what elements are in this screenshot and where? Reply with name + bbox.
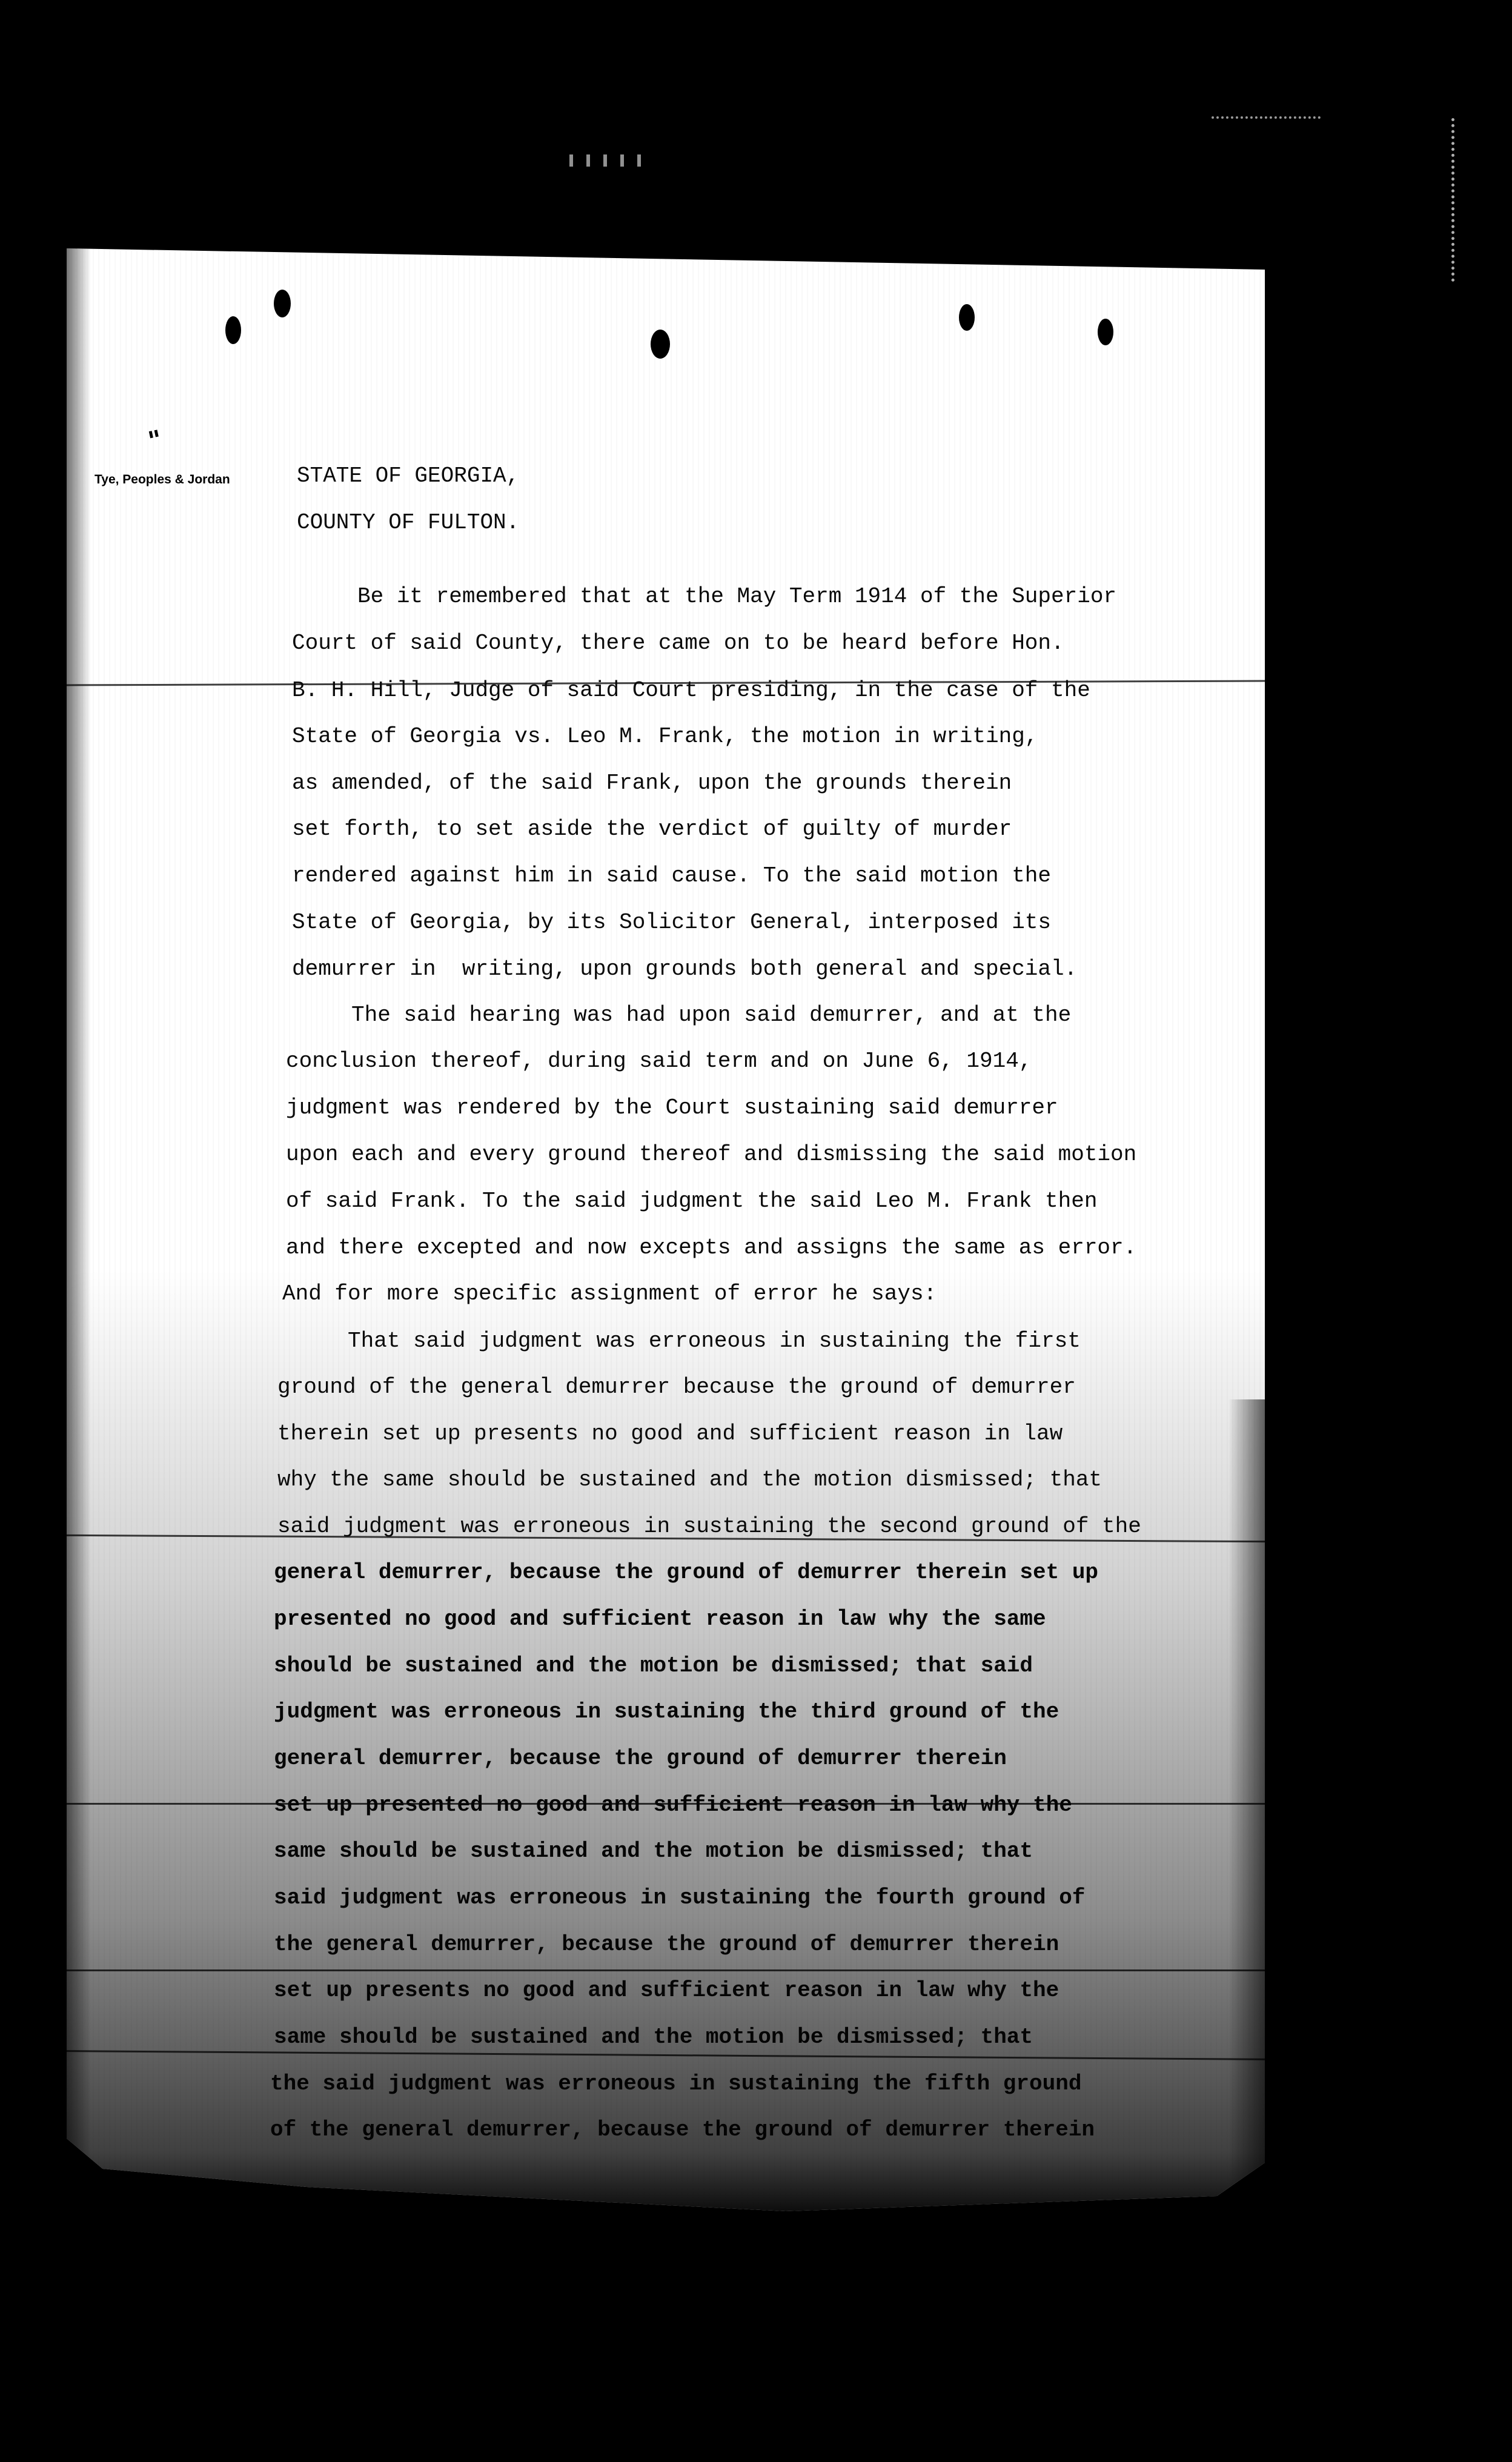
- body-line: Court of said County, there came on to b…: [292, 632, 1064, 654]
- heading-state: STATE OF GEORGIA,: [297, 463, 519, 488]
- punch-hole-4: [959, 304, 975, 331]
- body-line: ground of the general demurrer because t…: [277, 1376, 1076, 1398]
- body-line: the general demurrer, because the ground…: [274, 1934, 1059, 1956]
- ruled-line: [67, 2050, 1265, 2060]
- body-line: Be it remembered that at the May Term 19…: [292, 586, 1116, 608]
- body-line: set up presents no good and sufficient r…: [274, 1980, 1059, 2002]
- document-page: " Tye, Peoples & Jordan STATE OF GEORGIA…: [67, 248, 1265, 2211]
- body-line: judgment was rendered by the Court susta…: [286, 1097, 1058, 1119]
- body-line: same should be sustained and the motion …: [274, 2026, 1033, 2048]
- body-line: said judgment was erroneous in sustainin…: [277, 1516, 1141, 1538]
- body-line: upon each and every ground thereof and d…: [286, 1144, 1136, 1166]
- punch-hole-3: [651, 330, 670, 359]
- film-edge-dots-vertical: [1451, 118, 1457, 282]
- punch-hole-5: [1098, 319, 1113, 345]
- body-line: as amended, of the said Frank, upon the …: [292, 772, 1012, 794]
- body-line: B. H. Hill, Judge of said Court presidin…: [292, 680, 1090, 702]
- body-line: And for more specific assignment of erro…: [282, 1283, 937, 1305]
- heading-county: COUNTY OF FULTON.: [297, 510, 519, 535]
- body-line: general demurrer, because the ground of …: [274, 1562, 1098, 1584]
- page-left-edge-shadow: [67, 248, 91, 2211]
- film-edge-dots-horizontal: [1212, 116, 1321, 121]
- body-line: of the general demurrer, because the gro…: [270, 2119, 1095, 2141]
- body-line: of said Frank. To the said judgment the …: [286, 1190, 1097, 1212]
- body-line: the said judgment was erroneous in susta…: [270, 2073, 1081, 2095]
- margin-mark: ": [145, 424, 165, 456]
- body-line: The said hearing was had upon said demur…: [286, 1004, 1071, 1026]
- body-line: State of Georgia vs. Leo M. Frank, the m…: [292, 726, 1038, 748]
- body-line: demurrer in writing, upon grounds both g…: [292, 958, 1077, 980]
- body-line: conclusion thereof, during said term and…: [286, 1050, 1032, 1072]
- ruled-line: [67, 1969, 1265, 1971]
- scan-degradation-overlay: [67, 248, 1265, 2211]
- law-firm-stamp: Tye, Peoples & Jordan: [94, 473, 230, 487]
- body-line: rendered against him in said cause. To t…: [292, 865, 1051, 887]
- body-line: therein set up presents no good and suff…: [277, 1423, 1063, 1445]
- page-right-edge-shadow: [1228, 1399, 1265, 2187]
- body-line: and there excepted and now excepts and a…: [286, 1237, 1136, 1259]
- body-line: said judgment was erroneous in sustainin…: [274, 1887, 1085, 1909]
- body-line: presented no good and sufficient reason …: [274, 1608, 1046, 1630]
- body-line: State of Georgia, by its Solicitor Gener…: [292, 912, 1051, 934]
- body-line: same should be sustained and the motion …: [274, 1840, 1033, 1862]
- body-line: set up presented no good and sufficient …: [274, 1794, 1072, 1816]
- punch-hole-2: [274, 290, 291, 317]
- body-line: should be sustained and the motion be di…: [274, 1655, 1033, 1677]
- frame-number-marks: [569, 154, 641, 173]
- body-line: judgment was erroneous in sustaining the…: [274, 1701, 1059, 1723]
- body-line: why the same should be sustained and the…: [277, 1469, 1102, 1491]
- body-line: set forth, to set aside the verdict of g…: [292, 818, 1012, 840]
- punch-hole-1: [225, 316, 241, 344]
- body-line: general demurrer, because the ground of …: [274, 1748, 1007, 1770]
- body-line: That said judgment was erroneous in sust…: [282, 1330, 1081, 1352]
